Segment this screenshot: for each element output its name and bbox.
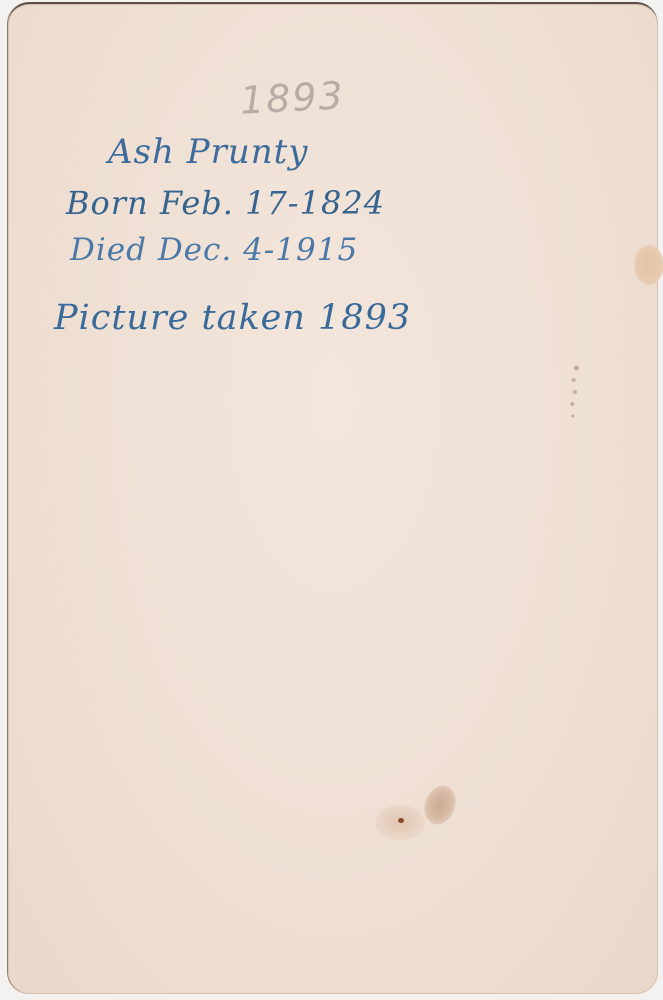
- rust-spot: [398, 818, 404, 823]
- cabinet-card-back: 1893 Ash Prunty Born Feb. 17-1824 Died D…: [8, 2, 658, 994]
- foxing-specks: [568, 365, 582, 425]
- handwritten-birth-date: Born Feb. 17-1824: [66, 184, 385, 222]
- edge-stain: [634, 245, 663, 285]
- pencil-year-note: 1893: [239, 73, 346, 122]
- handwritten-name: Ash Prunty: [108, 132, 309, 172]
- handwritten-death-date: Died Dec. 4-1915: [70, 232, 358, 268]
- handwritten-picture-date: Picture taken 1893: [54, 298, 411, 338]
